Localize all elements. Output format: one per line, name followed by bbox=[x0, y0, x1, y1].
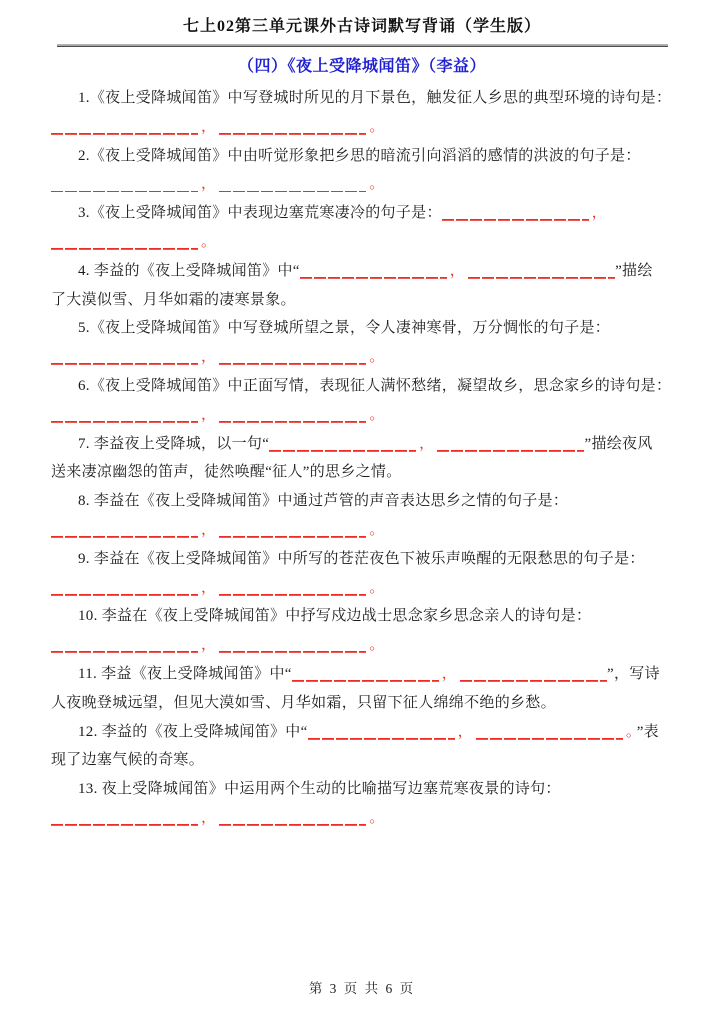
continuation-line: ，。 bbox=[51, 516, 679, 545]
answer-blank bbox=[219, 821, 366, 826]
answer-blank bbox=[460, 677, 607, 682]
answer-blank bbox=[51, 533, 198, 538]
question-text: 人夜晚登城远望，但见大漠如雪、月华如霜，只留下征人绵绵不绝的乡愁。 bbox=[51, 695, 556, 711]
answer-blank bbox=[219, 591, 366, 596]
continuation-line: 人夜晚登城远望，但见大漠如雪、月华如霜，只留下征人绵绵不绝的乡愁。 bbox=[51, 689, 679, 718]
question-line: 2.《夜上受降城闻笛》中由听觉形象把乡思的暗流引向滔滔的感情的洪波的句子是： bbox=[51, 142, 679, 171]
question-text: 11. 李益《夜上受降城闻笛》中“ bbox=[78, 666, 292, 682]
continuation-line: ，。 bbox=[51, 343, 679, 372]
continuation-line: ，。 bbox=[51, 170, 679, 199]
continuation-line: ，。 bbox=[51, 113, 679, 142]
answer-blank bbox=[219, 533, 366, 538]
answer-blank bbox=[51, 591, 198, 596]
continuation-line: ，。 bbox=[51, 401, 679, 430]
continuation-line: 现了边塞气候的奇寒。 bbox=[51, 746, 679, 775]
answer-punctuation: ， bbox=[198, 810, 219, 826]
worksheet-page: 七上02第三单元课外古诗词默写背诵（学生版） （四）《夜上受降城闻笛》（李益） … bbox=[0, 0, 724, 1024]
answer-blank bbox=[51, 418, 198, 423]
question-text: ”，写诗 bbox=[607, 666, 660, 682]
question-text: 现了边塞气候的奇寒。 bbox=[51, 752, 204, 768]
answer-blank bbox=[437, 447, 584, 452]
continuation-line: ，。 bbox=[51, 804, 679, 833]
answer-blank bbox=[51, 821, 198, 826]
question-text: 了大漠似雪、月华如霜的凄寒景象。 bbox=[51, 292, 296, 308]
answer-punctuation: ， bbox=[439, 666, 460, 682]
question-line: 6.《夜上受降城闻笛》中正面写情，表现征人满怀愁绪，凝望故乡，思念家乡的诗句是： bbox=[51, 372, 679, 401]
question-text: 8. 李益在《夜上受降城闻笛》中通过芦管的声音表达思乡之情的句子是： bbox=[78, 493, 568, 509]
answer-blank bbox=[51, 360, 198, 365]
answer-blank bbox=[51, 130, 198, 135]
question-text: 7. 李益夜上受降城，以一句“ bbox=[78, 436, 269, 452]
answer-punctuation: 。 bbox=[366, 637, 387, 653]
question-text: 6.《夜上受降城闻笛》中正面写情，表现征人满怀愁绪，凝望故乡，思念家乡的诗句是： bbox=[78, 378, 671, 394]
question-line: 1.《夜上受降城闻笛》中写登城时所见的月下景色，触发征人乡思的典型环境的诗句是： bbox=[51, 84, 679, 113]
answer-blank bbox=[51, 648, 198, 653]
answer-blank bbox=[292, 677, 439, 682]
question-line: 8. 李益在《夜上受降城闻笛》中通过芦管的声音表达思乡之情的句子是： bbox=[51, 487, 679, 516]
answer-punctuation: ， bbox=[198, 349, 219, 365]
answer-blank bbox=[51, 245, 198, 250]
answer-punctuation: 。 bbox=[198, 234, 219, 250]
section-title: （四）《夜上受降城闻笛》（李益） bbox=[0, 53, 724, 76]
question-text: 送来凄凉幽怨的笛声，徒然唤醒“征人”的思乡之情。 bbox=[51, 464, 402, 480]
answer-punctuation: 。 bbox=[366, 407, 387, 423]
page-header-title: 七上02第三单元课外古诗词默写背诵（学生版） bbox=[0, 13, 724, 36]
answer-punctuation: ， bbox=[416, 436, 437, 452]
answer-punctuation: 。 bbox=[366, 810, 387, 826]
continuation-line: 了大漠似雪、月华如霜的凄寒景象。 bbox=[51, 286, 679, 315]
answer-punctuation: ， bbox=[198, 407, 219, 423]
answer-blank bbox=[219, 187, 366, 192]
question-line: 13. 夜上受降城闻笛》中运用两个生动的比喻描写边塞荒寒夜景的诗句： bbox=[51, 775, 679, 804]
question-text: 9. 李益在《夜上受降城闻笛》中所写的苍茫夜色下被乐声唤醒的无限愁思的句子是： bbox=[78, 551, 645, 567]
question-text: 13. 夜上受降城闻笛》中运用两个生动的比喻描写边塞荒寒夜景的诗句： bbox=[78, 781, 561, 797]
question-text: 1.《夜上受降城闻笛》中写登城时所见的月下景色，触发征人乡思的典型环境的诗句是： bbox=[78, 90, 671, 106]
question-text: ”描绘 bbox=[615, 263, 653, 279]
answer-punctuation: 。 bbox=[366, 119, 387, 135]
question-line: 12. 李益的《夜上受降城闻笛》中“，。”表 bbox=[51, 718, 679, 747]
question-line: 7. 李益夜上受降城，以一句“，”描绘夜风 bbox=[51, 430, 679, 459]
question-text: 2.《夜上受降城闻笛》中由听觉形象把乡思的暗流引向滔滔的感情的洪波的句子是： bbox=[78, 148, 641, 164]
answer-punctuation: ， bbox=[198, 176, 219, 192]
answer-blank bbox=[300, 274, 447, 279]
answer-punctuation: ， bbox=[198, 522, 219, 538]
answer-punctuation: ， bbox=[447, 263, 468, 279]
answer-punctuation: ， bbox=[198, 637, 219, 653]
answer-punctuation: 。 bbox=[366, 580, 387, 596]
header-divider bbox=[57, 44, 668, 47]
answer-blank bbox=[219, 418, 366, 423]
answer-punctuation: 。 bbox=[623, 724, 637, 740]
question-text: 4. 李益的《夜上受降城闻笛》中“ bbox=[78, 263, 300, 279]
question-line: 10. 李益在《夜上受降城闻笛》中抒写戍边战士思念家乡思念亲人的诗句是： bbox=[51, 602, 679, 631]
answer-punctuation: 。 bbox=[366, 522, 387, 538]
continuation-line: ，。 bbox=[51, 574, 679, 603]
answer-blank bbox=[468, 274, 615, 279]
question-line: 9. 李益在《夜上受降城闻笛》中所写的苍茫夜色下被乐声唤醒的无限愁思的句子是： bbox=[51, 545, 679, 574]
answer-punctuation: 。 bbox=[366, 349, 387, 365]
continuation-line: 。 bbox=[51, 228, 679, 257]
answer-punctuation: ， bbox=[198, 119, 219, 135]
page-footer: 第 3 页 共 6 页 bbox=[0, 977, 724, 997]
question-text: ”描绘夜风 bbox=[584, 436, 652, 452]
answer-punctuation: 。 bbox=[366, 176, 387, 192]
question-line: 5.《夜上受降城闻笛》中写登城所望之景，令人凄神寒骨，万分惆怅的句子是： bbox=[51, 314, 679, 343]
question-line: 4. 李益的《夜上受降城闻笛》中“，”描绘 bbox=[51, 257, 679, 286]
answer-punctuation: ， bbox=[198, 580, 219, 596]
question-line: 11. 李益《夜上受降城闻笛》中“，”，写诗 bbox=[51, 660, 679, 689]
answer-blank bbox=[269, 447, 416, 452]
question-text: 3.《夜上受降城闻笛》中表现边塞荒寒凄冷的句子是： bbox=[78, 205, 442, 221]
continuation-line: 送来凄凉幽怨的笛声，徒然唤醒“征人”的思乡之情。 bbox=[51, 458, 679, 487]
continuation-line: ，。 bbox=[51, 631, 679, 660]
answer-punctuation: ， bbox=[455, 724, 476, 740]
question-line: 3.《夜上受降城闻笛》中表现边塞荒寒凄冷的句子是：， bbox=[51, 199, 679, 228]
question-text: 10. 李益在《夜上受降城闻笛》中抒写戍边战士思念家乡思念亲人的诗句是： bbox=[78, 608, 591, 624]
question-text: 12. 李益的《夜上受降城闻笛》中“ bbox=[78, 724, 308, 740]
answer-blank bbox=[442, 216, 589, 221]
answer-blank bbox=[308, 735, 455, 740]
answer-punctuation: ， bbox=[589, 205, 610, 221]
answer-blank bbox=[219, 130, 366, 135]
answer-blank bbox=[51, 187, 198, 192]
answer-blank bbox=[219, 648, 366, 653]
questions-list: 1.《夜上受降城闻笛》中写登城时所见的月下景色，触发征人乡思的典型环境的诗句是：… bbox=[51, 84, 679, 833]
question-text: ”表 bbox=[637, 724, 659, 740]
question-text: 5.《夜上受降城闻笛》中写登城所望之景，令人凄神寒骨，万分惆怅的句子是： bbox=[78, 320, 610, 336]
answer-blank bbox=[476, 735, 623, 740]
answer-blank bbox=[219, 360, 366, 365]
